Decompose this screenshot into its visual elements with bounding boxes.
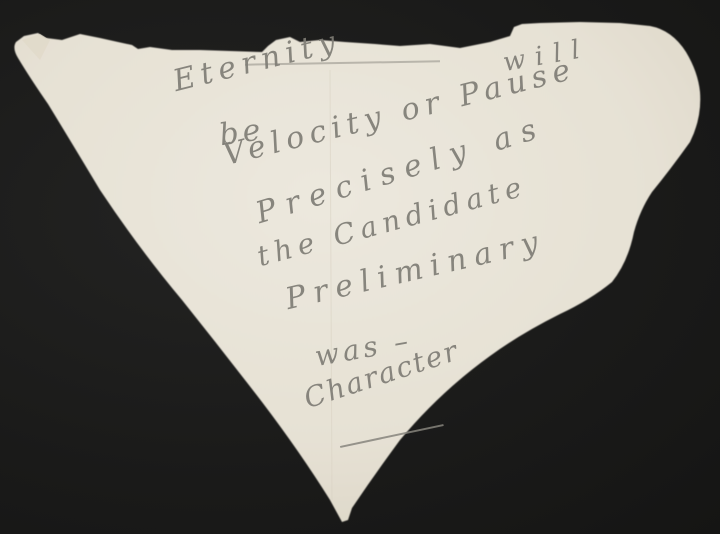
manuscript-scan: Eternity will be Velocity or Pause Preci… [0, 0, 720, 534]
